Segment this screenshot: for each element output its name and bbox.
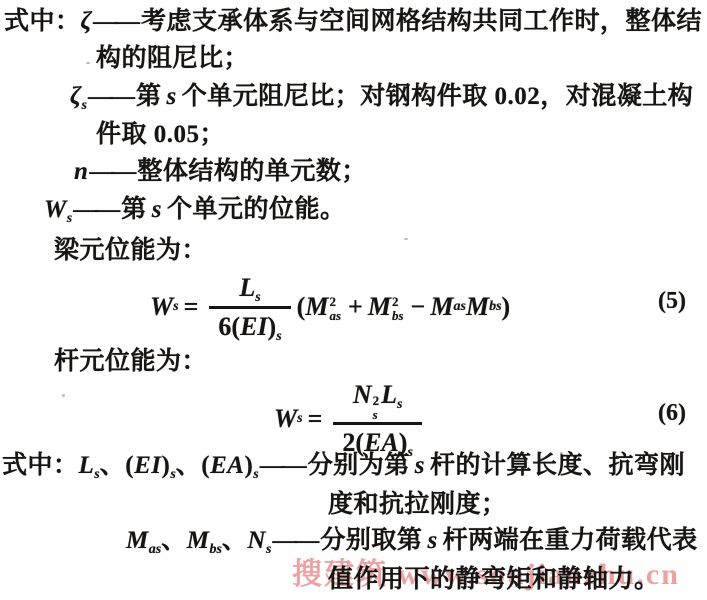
- beam-energy-label: 梁元位能为：: [54, 237, 207, 266]
- subscript-bs: bs: [209, 542, 221, 557]
- definition-line-zeta: 式中：ζ——考虑支承体系与空间网格结构共同工作时，整体结: [4, 8, 702, 37]
- math-var-l: L: [381, 380, 397, 409]
- definition-line-zeta-cont: 构的阻尼比；: [96, 45, 249, 74]
- math-var-w: W: [274, 404, 297, 434]
- subscript-s: s: [82, 98, 87, 113]
- definition-dash: ——: [89, 158, 133, 185]
- symbol-zeta: ζ: [81, 8, 93, 35]
- variable-s: s: [167, 83, 177, 110]
- supsub-stack: 2bs: [392, 295, 404, 322]
- formula-where-label: 式中：: [2, 452, 79, 479]
- subscript-s: s: [266, 542, 271, 557]
- definition-text: 个单元阻尼比；对钢构件取 0.02，对混凝土构: [182, 83, 694, 110]
- definition-line-ws: Ws——第s个单元的位能。: [44, 196, 345, 225]
- math-var-m: M: [430, 292, 453, 322]
- definition-line-zeta-s-cont: 件取 0.05；: [96, 121, 225, 150]
- punct: ): [244, 452, 253, 479]
- math-var-ei: EI: [240, 312, 267, 341]
- math-var-m: M: [368, 292, 391, 322]
- bar-energy-label: 杆元位能为：: [54, 348, 207, 377]
- subscript-s: s: [255, 290, 260, 305]
- subscript-s: s: [67, 211, 72, 226]
- math-var-m: M: [187, 527, 210, 554]
- math-var-ei: EI: [134, 452, 161, 479]
- subscript-as: as: [329, 309, 341, 323]
- math-var-m: M: [305, 292, 328, 322]
- fraction-numerator: Ls: [230, 273, 269, 306]
- definition-text: 杆的计算长度、抗弯刚: [430, 452, 685, 479]
- math-var-n: N: [353, 380, 372, 409]
- math-paren-close: ): [502, 292, 511, 322]
- definition-text: 分别为第: [308, 452, 410, 479]
- math-var-ea: EA: [210, 452, 244, 479]
- math-paren: ): [268, 312, 277, 341]
- definition-line-stiffness: 式中：Ls、(EI)s、(EA)s——分别为第s杆的计算长度、抗弯刚: [2, 452, 685, 481]
- symbol-n: n: [74, 158, 88, 185]
- equals-sign: =: [308, 404, 323, 434]
- subscript-s: s: [276, 329, 281, 344]
- definition-text: 分别取第: [320, 527, 422, 554]
- equation-number-6: (6): [658, 400, 686, 427]
- superscript-2: 2: [329, 295, 336, 309]
- definition-dash: ——: [260, 452, 304, 479]
- definition-text: 值作用下的静弯矩和静轴力。: [328, 566, 660, 593]
- fraction-denominator: 6(EI)s: [209, 306, 290, 342]
- equals-sign: =: [184, 292, 199, 322]
- equation-number-5: (5): [658, 288, 686, 315]
- variable-s: s: [415, 452, 425, 479]
- document-page: 式中：ζ——考虑支承体系与空间网格结构共同工作时，整体结 构的阻尼比； ζs——…: [0, 0, 707, 600]
- definition-text: 杆两端在重力荷载代表: [443, 527, 698, 554]
- definition-line-moments-cont: 值作用下的静弯矩和静轴力。: [328, 566, 660, 595]
- math-var-n: N: [247, 527, 266, 554]
- definition-text: 考虑支承体系与空间网格结构共同工作时，整体结: [141, 8, 702, 35]
- fraction-numerator: N2sLs: [344, 380, 412, 422]
- scan-speckle: [86, 62, 90, 64]
- definition-line-moments: Mas、Mbs、Ns——分别取第s杆两端在重力荷载代表: [126, 527, 698, 556]
- definition-dash: ——: [93, 8, 137, 35]
- superscript-2: 2: [373, 394, 380, 408]
- section-label: 杆元位能为：: [54, 348, 207, 375]
- subscript-bs: bs: [392, 309, 404, 323]
- fraction: Ls 6(EI)s: [209, 273, 290, 342]
- subscript-s: s: [373, 408, 378, 422]
- definition-text: 度和抗拉刚度；: [328, 491, 507, 518]
- definition-line-stiffness-cont: 度和抗拉刚度；: [328, 491, 507, 520]
- subscript-s: s: [253, 467, 258, 482]
- definition-text: 个单元的位能。: [167, 196, 346, 223]
- definition-text: 构的阻尼比；: [96, 45, 249, 72]
- punct: 、(: [100, 452, 134, 479]
- punct: 、(: [176, 452, 210, 479]
- definition-text: 第: [121, 196, 147, 223]
- formula-5: Ws = Ls 6(EI)s (M2as + M2bs − MasMbs): [150, 268, 510, 346]
- math-var-l: L: [79, 452, 95, 479]
- variable-s: s: [427, 527, 437, 554]
- symbol-zeta-s: ζ: [70, 83, 82, 110]
- minus-sign: −: [411, 292, 426, 322]
- scan-speckle: [404, 238, 408, 240]
- definition-dash: ——: [73, 196, 117, 223]
- math-coef: 6(: [218, 312, 240, 341]
- definition-text: 整体结构的单元数；: [137, 158, 367, 185]
- math-var-m: M: [466, 292, 489, 322]
- math-var-w: W: [150, 292, 173, 322]
- definition-line-n: n——整体结构的单元数；: [74, 158, 367, 187]
- punct: 、: [222, 527, 248, 554]
- subscript-s: s: [397, 397, 402, 412]
- plus-sign: +: [348, 292, 363, 322]
- scan-speckle: [62, 394, 65, 397]
- definition-dash: ——: [272, 527, 316, 554]
- fraction: N2sLs 2(EA)s: [333, 380, 421, 458]
- formula-where-label: 式中：: [4, 8, 81, 35]
- definition-text: 第: [136, 83, 162, 110]
- section-label: 梁元位能为：: [54, 237, 207, 264]
- punct: ): [161, 452, 170, 479]
- definition-line-zeta-s: ζs——第s个单元阻尼比；对钢构件取 0.02，对混凝土构: [70, 83, 693, 112]
- superscript-2: 2: [392, 295, 399, 309]
- math-var-l: L: [239, 273, 255, 302]
- formula-6: Ws = N2sLs 2(EA)s: [274, 380, 428, 458]
- supsub-stack: 2as: [329, 295, 341, 322]
- definition-text: 件取 0.05；: [96, 121, 225, 148]
- punct: 、: [161, 527, 187, 554]
- symbol-w: W: [44, 196, 67, 223]
- definition-dash: ——: [88, 83, 132, 110]
- math-var-m: M: [126, 527, 149, 554]
- variable-s: s: [152, 196, 162, 223]
- supsub-stack: 2s: [373, 394, 380, 421]
- subscript-as: as: [149, 542, 161, 557]
